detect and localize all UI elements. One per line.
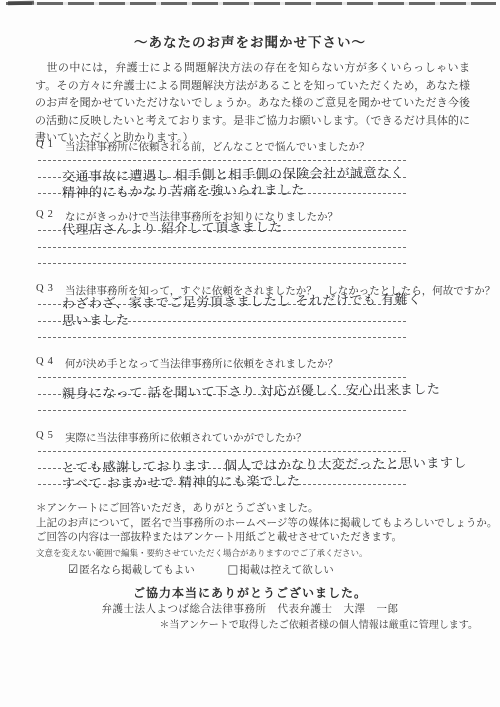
question-row: Q4 何が決め手となって当法律事務所に依頼をされましたか？ xyxy=(36,356,470,370)
answer-line: 親身になって 話を聞いて下さり 対応が優しく 安心出来ました xyxy=(38,394,406,411)
answer-line xyxy=(38,410,406,427)
footer-notes: ＊アンケートにご回答いただき，ありがとうございました。 上記のお声について，匿名… xyxy=(36,502,472,577)
page-title: ～あなたのお声をお聞かせ下さい～ xyxy=(0,31,500,51)
question-label: Q2 xyxy=(36,209,65,223)
answer-area: わざわざ、家までご足労頂きましたし それだけでも 有難く 思いました xyxy=(38,304,406,354)
question-block-q5: Q5 実際に当法律事務所に依頼されていかがでしたか？ とても感謝しております 個… xyxy=(36,430,470,501)
question-row: Q1 当法律事務所に依頼される前，どんなことで悩んでいましたか？ xyxy=(36,139,470,153)
question-label: Q5 xyxy=(36,430,65,444)
question-text: 何が決め手となって当法律事務所に依頼をされましたか？ xyxy=(65,356,470,370)
handwritten-answer: 代理店さんより 紹介して頂きました xyxy=(62,216,283,238)
answer-line: 精神的にもかなり苦痛を強いられました xyxy=(38,193,406,210)
scanner-edge-artifact xyxy=(6,2,496,5)
checkbox-checked-icon: ☑ xyxy=(68,562,78,576)
question-block-q3: Q3 当法律事務所を知って，すぐに依頼をされましたか？ しなかったとしたら，何故… xyxy=(36,283,470,354)
checkbox-unchecked-icon: □ xyxy=(227,562,238,576)
scanned-questionnaire-page: ～あなたのお声をお聞かせ下さい～ 世の中には，弁護士による問題解決方法の存在を知… xyxy=(0,0,500,707)
question-label: Q1 xyxy=(36,139,65,153)
answer-area: とても感謝しております 個人ではかなり大変だったと思いますし すべて おまかせで… xyxy=(38,451,406,501)
handwritten-answer: 親身になって 話を聞いて下さり 対応が優しく 安心出来ました xyxy=(62,378,441,402)
option-no-publish: □掲載は控えて欲しい xyxy=(227,562,333,577)
intro-paragraph: 世の中には，弁護士による問題解決方法の存在を知らない方が多くいらっしゃいます。そ… xyxy=(35,60,470,148)
question-text: 実際に当法律事務所に依頼されていかがでしたか？ xyxy=(65,430,470,444)
option-label: 掲載は控えて欲しい xyxy=(239,565,334,576)
handwritten-answer: 精神的にもかなり苦痛を強いられました xyxy=(62,179,305,201)
option-anonymous-ok: ☑匿名なら掲載してもよい xyxy=(68,562,195,577)
handwritten-answer: すべて おまかせで 精神的にも楽でした xyxy=(62,470,301,492)
scanner-edge-artifact-blob xyxy=(8,1,34,5)
question-label: Q4 xyxy=(36,356,65,370)
question-block-q4: Q4 何が決め手となって当法律事務所に依頼をされましたか？ 親身になって 話を聞… xyxy=(36,356,470,427)
answer-line xyxy=(38,337,406,354)
privacy-note: ＊当アンケートで取得したご依頼者様の個人情報は厳重に管理します。 xyxy=(0,616,478,631)
answer-line: 代理店さんより 紹介して頂きました xyxy=(38,230,406,247)
law-firm-signature: 弁護士法人よつば総合法律事務所 代表弁護士 大澤 一郎 xyxy=(0,601,500,616)
answer-line: すべて おまかせで 精神的にも楽でした xyxy=(38,484,406,501)
answer-line xyxy=(38,263,406,280)
footer-thanks: ＊アンケートにご回答いただき，ありがとうございました。 xyxy=(36,502,472,517)
option-label: 匿名なら掲載してもよい xyxy=(79,565,195,576)
question-row: Q5 実際に当法律事務所に依頼されていかがでしたか？ xyxy=(36,430,470,444)
question-block-q2: Q2 なにがきっかけで当法律事務所をお知りになりましたか？ 代理店さんより 紹介… xyxy=(36,209,470,280)
answer-line: 思いました xyxy=(38,321,406,338)
question-text: 当法律事務所に依頼される前，どんなことで悩んでいましたか？ xyxy=(65,139,470,153)
answer-area: 交通事故に遭遇し 相手側と相手側の保険会社が誠意なく 精神的にもかなり苦痛を強い… xyxy=(38,160,406,210)
question-label: Q3 xyxy=(36,283,65,297)
answer-line xyxy=(38,247,406,264)
publish-consent-options: ☑匿名なら掲載してもよい □掲載は控えて欲しい xyxy=(36,562,472,577)
answer-area: 親身になって 話を聞いて下さり 対応が優しく 安心出来ました xyxy=(38,377,406,427)
footer-publish-detail: ご回答の内容は一部抜粋またはアンケート用紙ごと載せさせていただきます。 xyxy=(36,531,472,546)
answer-area: 代理店さんより 紹介して頂きました xyxy=(38,230,406,280)
question-block-q1: Q1 当法律事務所に依頼される前，どんなことで悩んでいましたか？ 交通事故に遭遇… xyxy=(36,139,470,210)
handwritten-answer: 思いました xyxy=(62,309,130,329)
closing-thanks: ご協力本当にありがとうございました。 xyxy=(0,584,500,601)
footer-publish-question: 上記のお声について，匿名で当事務所のホームページ等の媒体に掲載してもよろしいでし… xyxy=(36,517,472,532)
footer-small-note: 文意を変えない範囲で編集・要約させていただく場合がありますのでご了承ください。 xyxy=(36,546,472,560)
